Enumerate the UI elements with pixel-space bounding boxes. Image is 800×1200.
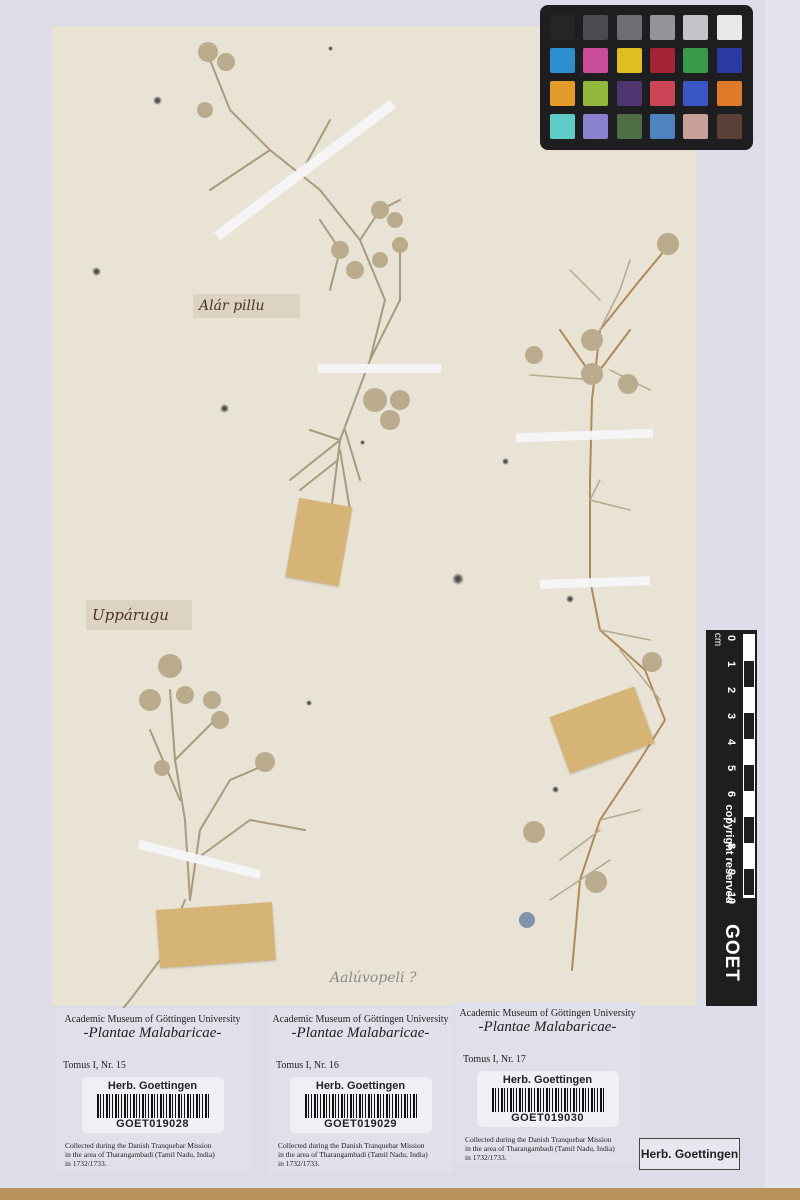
- vernacular-name-label: Uppárugu: [86, 600, 192, 630]
- barcode-id: GOET019029: [290, 1118, 432, 1130]
- barcode-id: GOET019030: [477, 1112, 619, 1124]
- color-patch: [583, 114, 608, 139]
- collection-note: Collected during the Danish Tranquebar M…: [278, 1141, 453, 1168]
- color-checker-card: [540, 5, 753, 150]
- barcode: [97, 1094, 209, 1118]
- color-patch: [550, 48, 575, 73]
- institution-name: Academic Museum of Göttingen University: [268, 1014, 453, 1025]
- collection-line: Collected during the Danish Tranquebar M…: [278, 1141, 453, 1150]
- tomus-number: Tomus I, Nr. 16: [276, 1060, 453, 1071]
- color-patch: [717, 114, 742, 139]
- mounting-tape: [318, 364, 441, 373]
- institution-name: Academic Museum of Göttingen University: [455, 1008, 640, 1019]
- institution-name: Academic Museum of Göttingen University: [55, 1014, 250, 1025]
- tomus-number: Tomus I, Nr. 17: [463, 1054, 640, 1065]
- color-patch: [683, 114, 708, 139]
- color-patch: [650, 48, 675, 73]
- goet-logo: GOET: [720, 918, 742, 988]
- specimen-label-15: Academic Museum of Göttingen University …: [55, 1008, 250, 1173]
- barcode-label: Herb. Goettingen GOET019028: [82, 1077, 224, 1133]
- color-patch: [650, 114, 675, 139]
- series-title: -Plantae Malabaricae-: [268, 1025, 453, 1042]
- barcode-title: Herb. Goettingen: [290, 1080, 432, 1092]
- ruler-tick-label: 4: [725, 735, 737, 749]
- color-patch: [617, 114, 642, 139]
- collection-note: Collected during the Danish Tranquebar M…: [65, 1141, 250, 1168]
- collection-line: in 1732/1733.: [465, 1153, 640, 1162]
- ruler-unit: cm: [712, 633, 723, 646]
- barcode-id: GOET019028: [82, 1118, 224, 1130]
- collection-line: in 1732/1733.: [278, 1159, 453, 1168]
- color-patch: [583, 15, 608, 40]
- color-patch: [550, 114, 575, 139]
- series-title: -Plantae Malabaricae-: [55, 1025, 250, 1042]
- color-patch: [583, 81, 608, 106]
- ruler-tick-label: 3: [725, 709, 737, 723]
- color-patch: [650, 15, 675, 40]
- color-patch: [550, 15, 575, 40]
- color-patch: [683, 48, 708, 73]
- color-patch: [617, 15, 642, 40]
- collection-note: Collected during the Danish Tranquebar M…: [465, 1135, 640, 1162]
- barcode-title: Herb. Goettingen: [82, 1080, 224, 1092]
- collection-line: in the area of Tharangambadi (Tamil Nadu…: [65, 1150, 250, 1159]
- pencil-annotation: Aalúvopeli ?: [330, 970, 416, 986]
- color-patch: [617, 48, 642, 73]
- color-patch: [683, 81, 708, 106]
- collection-line: in the area of Tharangambadi (Tamil Nadu…: [465, 1144, 640, 1153]
- color-patch: [717, 48, 742, 73]
- color-patch: [683, 15, 708, 40]
- collection-line: Collected during the Danish Tranquebar M…: [65, 1141, 250, 1150]
- collection-line: Collected during the Danish Tranquebar M…: [465, 1135, 640, 1144]
- specimen-label-17: Academic Museum of Göttingen University …: [455, 1002, 640, 1162]
- specimen-tag: [156, 902, 276, 968]
- color-patch: [717, 81, 742, 106]
- barcode: [305, 1094, 417, 1118]
- barcode-label: Herb. Goettingen GOET019029: [290, 1077, 432, 1133]
- scale-ruler: cm 0 1 2 3 4 5 6 7 8 9 10 copyright rese…: [706, 630, 757, 1006]
- tomus-number: Tomus I, Nr. 15: [63, 1060, 250, 1071]
- color-patch: [717, 15, 742, 40]
- herbarium-stamp: Herb. Goettingen: [639, 1138, 740, 1170]
- copyright-text: copyright reserved: [723, 799, 735, 909]
- vernacular-name-label: Alár pillu: [193, 294, 300, 318]
- barcode-title: Herb. Goettingen: [477, 1074, 619, 1086]
- color-patch: [550, 81, 575, 106]
- collection-line: in 1732/1733.: [65, 1159, 250, 1168]
- bottom-edge: [0, 1188, 800, 1200]
- ruler-tick-label: 5: [725, 761, 737, 775]
- barcode: [492, 1088, 604, 1112]
- color-patch: [617, 81, 642, 106]
- color-patch: [583, 48, 608, 73]
- collection-line: in the area of Tharangambadi (Tamil Nadu…: [278, 1150, 453, 1159]
- specimen-label-16: Academic Museum of Göttingen University …: [268, 1008, 453, 1173]
- barcode-label: Herb. Goettingen GOET019030: [477, 1071, 619, 1127]
- ruler-tick-label: 2: [725, 683, 737, 697]
- ruler-scale-bar: [743, 634, 755, 898]
- ruler-tick-label: 0: [725, 631, 737, 645]
- color-patch: [650, 81, 675, 106]
- series-title: -Plantae Malabaricae-: [455, 1019, 640, 1036]
- ruler-tick-label: 1: [725, 657, 737, 671]
